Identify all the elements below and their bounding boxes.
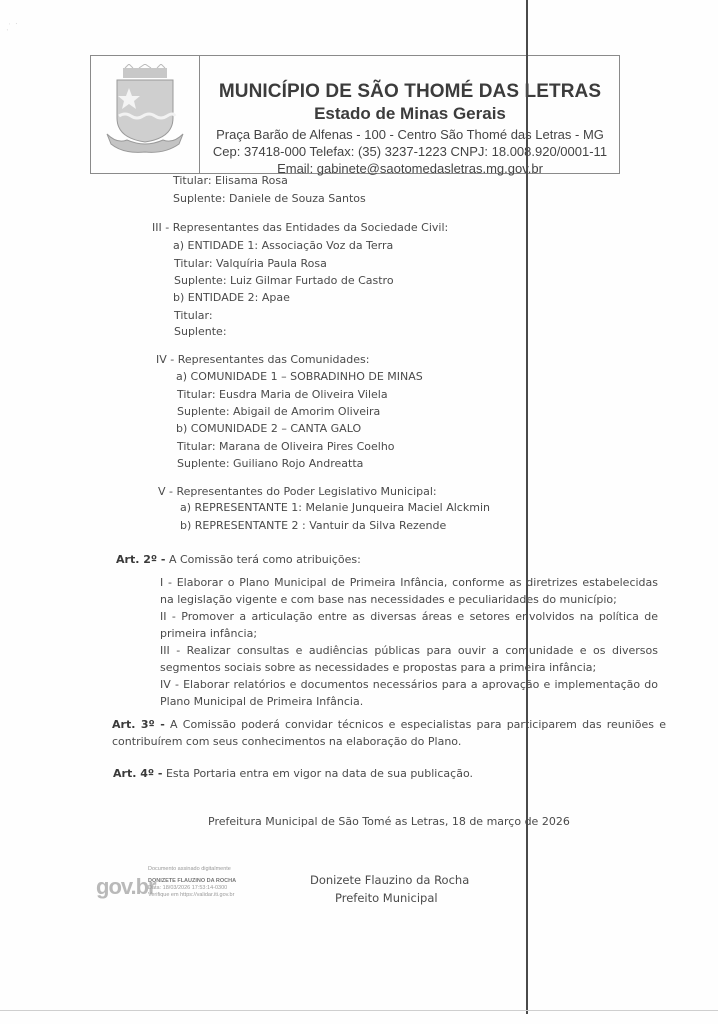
page-edge	[0, 1010, 718, 1011]
entity-1-titular: Titular: Valquíria Paula Rosa	[174, 257, 327, 270]
community-2-label: b) COMUNIDADE 2 – CANTA GALO	[176, 422, 361, 435]
contact-info: Cep: 37418-000 Telefax: (35) 3237-1223 C…	[201, 144, 619, 159]
section-iv-heading: IV - Representantes das Comunidades:	[156, 353, 369, 366]
verify-link[interactable]: Verifique em https://validar.iti.gov.br	[148, 892, 234, 898]
community-2-titular: Titular: Marana de Oliveira Pires Coelho	[177, 440, 395, 453]
art-3-text: A Comissão poderá convidar técnicos e es…	[112, 718, 666, 748]
signature-date: Data: 18/03/2026 17:53:14-0300	[148, 885, 227, 891]
continuation-suplente: Suplente: Daniele de Souza Santos	[173, 192, 366, 205]
art-2-label: Art. 2º -	[116, 553, 165, 566]
art-3: Art. 3º - A Comissão poderá convidar téc…	[112, 716, 666, 750]
art-4-text: Esta Portaria entra em vigor na data de …	[162, 767, 473, 780]
municipality-title: MUNICÍPIO DE SÃO THOMÉ DAS LETRAS	[201, 81, 619, 103]
continuation-titular: Titular: Elisama Rosa	[173, 174, 288, 187]
section-v-heading: V - Representantes do Poder Legislativo …	[158, 485, 437, 498]
scan-artifact: · ˙ ·	[3, 3, 53, 51]
coat-of-arms-icon	[103, 64, 187, 154]
entity-2-label: b) ENTIDADE 2: Apae	[173, 291, 290, 304]
place-date: Prefeitura Municipal de São Tomé as Letr…	[208, 815, 570, 828]
govbr-logo: gov.br	[96, 874, 156, 900]
art-2-item-iv: IV - Elaborar relatórios e documentos ne…	[160, 676, 658, 710]
scan-line-artifact	[526, 0, 528, 1014]
representative-1: a) REPRESENTANTE 1: Melanie Junqueira Ma…	[180, 501, 490, 514]
art-2-text: A Comissão terá como atribuições:	[165, 553, 360, 566]
community-1-titular: Titular: Eusdra Maria de Oliveira Vilela	[177, 388, 388, 401]
community-1-label: a) COMUNIDADE 1 – SOBRADINHO DE MINAS	[176, 370, 423, 383]
state-name: Estado de Minas Gerais	[201, 104, 619, 124]
signer-role: Prefeito Municipal	[335, 891, 438, 905]
art-2-item-iii: III - Realizar consultas e audiências pú…	[160, 642, 658, 676]
signed-digitally-label: Documento assinado digitalmente	[148, 866, 231, 872]
address: Praça Barão de Alfenas - 100 - Centro Sã…	[201, 127, 619, 142]
art-2-item-i: I - Elaborar o Plano Municipal de Primei…	[160, 574, 658, 608]
signer-full-name: Donizete Flauzino da Rocha	[310, 873, 469, 887]
signer-name: DONIZETE FLAUZINO DA ROCHA	[148, 878, 236, 884]
section-iii-heading: III - Representantes das Entidades da So…	[152, 221, 448, 234]
art-4-label: Art. 4º -	[113, 767, 162, 780]
art-3-label: Art. 3º -	[112, 718, 165, 731]
art-2-items: I - Elaborar o Plano Municipal de Primei…	[160, 574, 658, 710]
entity-1-label: a) ENTIDADE 1: Associação Voz da Terra	[173, 239, 393, 252]
letterhead: MUNICÍPIO DE SÃO THOMÉ DAS LETRAS Estado…	[90, 55, 620, 174]
entity-2-titular: Titular:	[174, 309, 213, 322]
document-page: · ˙ · MUNICÍPIO DE SÃO THOMÉ DAS LETRAS …	[0, 0, 718, 1024]
logo-cell	[91, 56, 200, 173]
entity-2-suplente: Suplente:	[174, 325, 227, 338]
entity-1-suplente: Suplente: Luiz Gilmar Furtado de Castro	[174, 274, 394, 287]
art-2: Art. 2º - A Comissão terá como atribuiçõ…	[116, 553, 361, 566]
community-1-suplente: Suplente: Abigail de Amorim Oliveira	[177, 405, 380, 418]
representative-2: b) REPRESENTANTE 2 : Vantuir da Silva Re…	[180, 519, 446, 532]
art-2-item-ii: II - Promover a articulação entre as div…	[160, 608, 658, 642]
art-4: Art. 4º - Esta Portaria entra em vigor n…	[113, 767, 473, 780]
community-2-suplente: Suplente: Guiliano Rojo Andreatta	[177, 457, 363, 470]
